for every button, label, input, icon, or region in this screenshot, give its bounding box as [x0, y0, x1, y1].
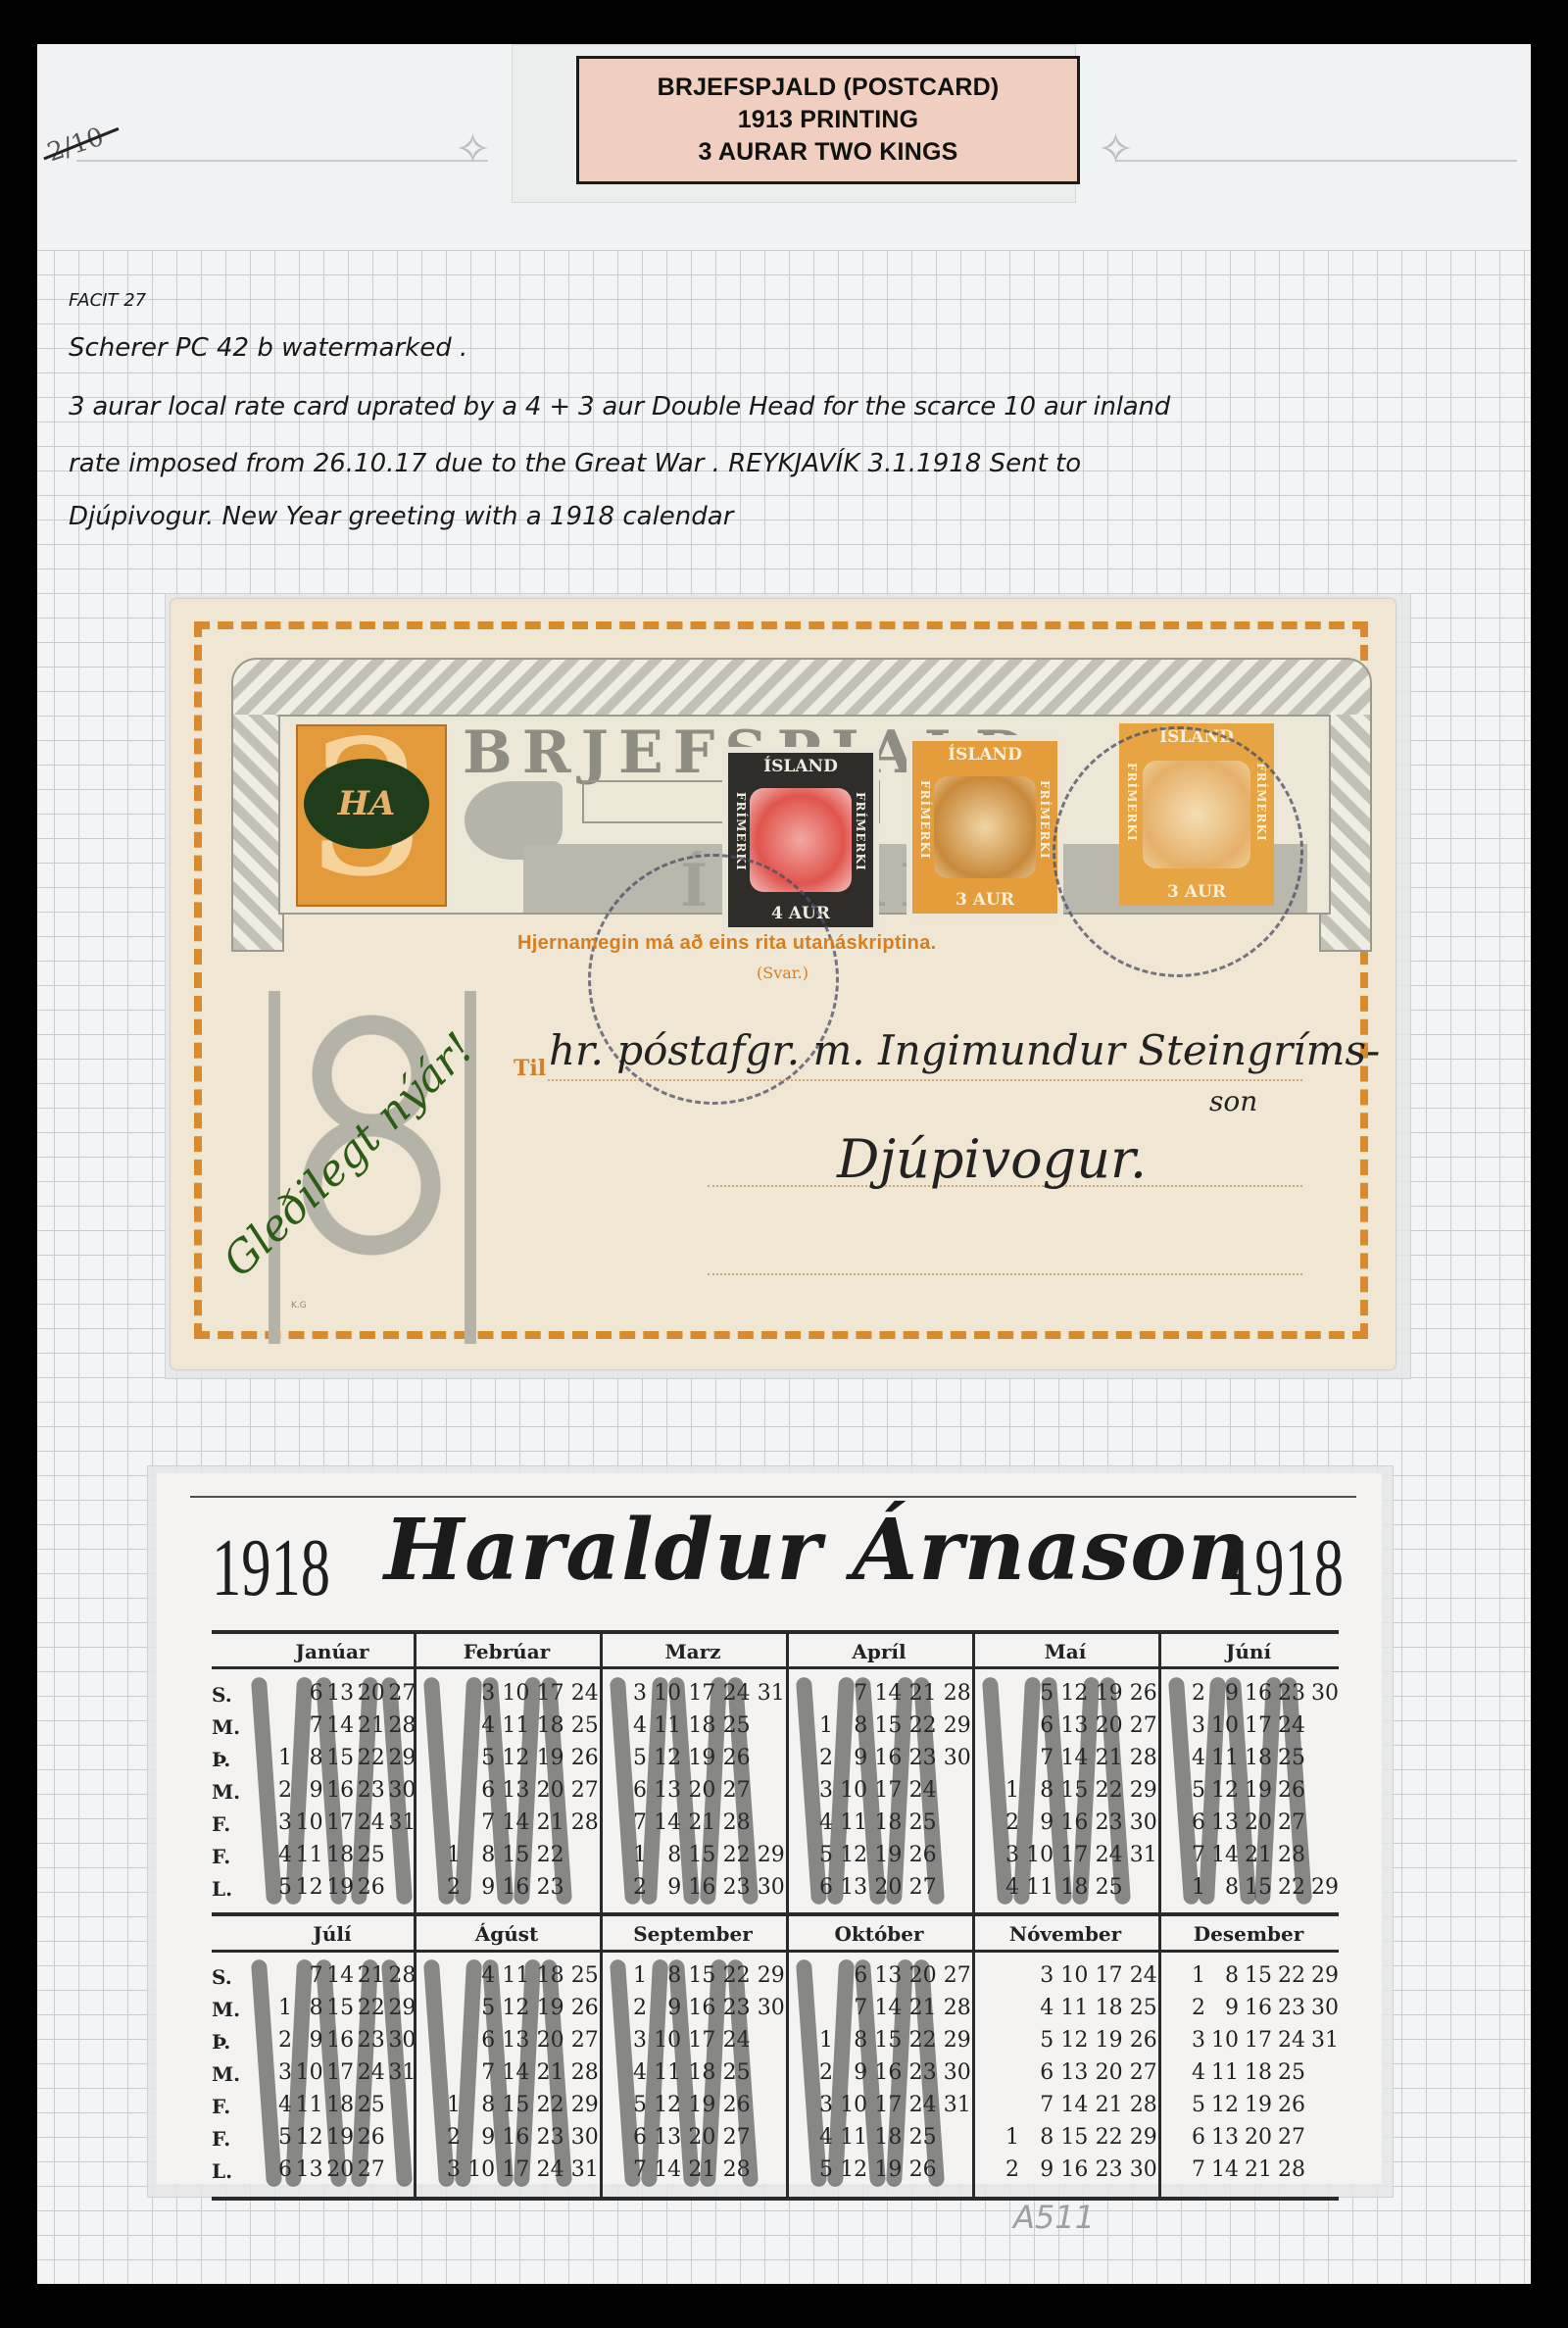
- day-number: 28: [1116, 2093, 1157, 2117]
- frame-top-band: [231, 658, 1372, 720]
- day-number: 26: [558, 1996, 599, 2020]
- month-júlí: Júlí714212818152229291623303101724314111…: [212, 1916, 414, 2197]
- day-number: 27: [1116, 1713, 1157, 1738]
- day-number: 31: [1298, 2028, 1339, 2053]
- day-row: 5121926: [212, 1875, 414, 1905]
- month-name: Febrúar: [414, 1640, 600, 1663]
- day-row: 310172431: [212, 2060, 414, 2090]
- month-name: Ágúst: [414, 1922, 600, 1946]
- day-number: 28: [930, 1681, 971, 1706]
- address-line-3: [708, 1273, 1302, 1275]
- day-number: 25: [1264, 2060, 1305, 2085]
- day-row: 29162330: [972, 2157, 1158, 2187]
- day-row: 4111825: [972, 1996, 1158, 2025]
- day-number: 30: [1298, 1681, 1339, 1706]
- year-right: 1918: [1225, 1520, 1344, 1615]
- month-apríl: Apríl71421281815222929162330310172441118…: [786, 1634, 972, 1912]
- note-line-5: Djúpivogur. New Year greeting with a 191…: [69, 502, 733, 531]
- day-number: 26: [1264, 2093, 1305, 2117]
- day-row: 3101724: [414, 1681, 600, 1710]
- title-label: BRJEFSPJALD (POSTCARD) 1913 PRINTING 3 A…: [576, 56, 1080, 184]
- calendar-top-rule: [190, 1496, 1356, 1498]
- day-number: 29: [930, 1713, 971, 1738]
- day-row: 4111825: [212, 1843, 414, 1872]
- month-name: Október: [786, 1922, 972, 1946]
- note-scherer: Scherer PC 42 b watermarked .: [69, 333, 467, 363]
- day-row: 29162330: [212, 1778, 414, 1808]
- weekday-label: S.: [212, 1683, 232, 1707]
- month-janúar: Janúar6132027714212818152229291623303101…: [212, 1634, 414, 1912]
- day-row: 6132027: [972, 2060, 1158, 2090]
- note-line-4: rate imposed from 26.10.17 due to the Gr…: [69, 449, 1081, 478]
- day-row: 5121926: [972, 1681, 1158, 1710]
- day-row: 18152229: [600, 1963, 786, 1993]
- day-number: 31: [744, 1681, 785, 1706]
- reply-label: (Svar.): [757, 964, 808, 982]
- weekday-label: F.: [212, 1845, 230, 1868]
- title-line-2: 1913 PRINTING: [738, 104, 919, 136]
- day-row: 29162330: [1158, 1996, 1339, 2025]
- day-number: 26: [1116, 1681, 1157, 1706]
- month-desember: Desember18152229291623303101724314111825…: [1158, 1916, 1339, 2197]
- title-line-3: 3 AURAR TWO KINGS: [699, 136, 958, 169]
- month-marz: Marz310172431411182551219266132027714212…: [600, 1634, 786, 1912]
- weekday-label: M.: [212, 1715, 240, 1739]
- ornament-right-icon: ✧: [1098, 124, 1134, 174]
- day-number: 27: [930, 1963, 971, 1988]
- day-row: 29162330: [212, 2028, 414, 2057]
- weekday-label: Þ.: [212, 1748, 230, 1771]
- weekday-label: F.: [212, 1812, 230, 1836]
- weekday-label: S.: [212, 1965, 232, 1989]
- month-september: September1815222929162330310172441118255…: [600, 1916, 786, 2197]
- month-name: Nóvember: [972, 1922, 1158, 1946]
- weekday-label: F.: [212, 2127, 230, 2151]
- postcard: 3 HA BRJEFSPJALD ÍSLAND ÍSLAND FRÍMERKI …: [171, 599, 1396, 1369]
- year-left: 1918: [212, 1520, 330, 1615]
- divider-right: [1115, 160, 1517, 162]
- day-number: 25: [558, 1963, 599, 1988]
- stamp-3-aur-adhesive: ÍSLAND FRÍMERKI FRÍMERKI 3 AUR: [906, 735, 1063, 919]
- month-ágúst: Ágúst41118255121926613202771421281815222…: [414, 1916, 600, 2197]
- day-number: 24: [558, 1681, 599, 1706]
- day-row: 4111825: [414, 1963, 600, 1993]
- day-number: 24: [1116, 1963, 1157, 1988]
- day-number: 30: [930, 1746, 971, 1770]
- day-row: 18152229: [1158, 1963, 1339, 1993]
- address-recipient: hr. póstafgr. m. Ingimundur Steingríms-: [549, 1026, 1380, 1074]
- weekday-label: M.: [212, 1998, 240, 2021]
- weekday-label: F.: [212, 2095, 230, 2118]
- two-kings-portrait-icon: [934, 776, 1036, 878]
- day-row: 4111825: [212, 2093, 414, 2122]
- day-number: 29: [930, 2028, 971, 2053]
- address-destination: Djúpivogur.: [837, 1128, 1147, 1190]
- calendar-half-1: Janúar6132027714212818152229291623303101…: [212, 1634, 1339, 1912]
- day-number: 29: [1298, 1963, 1339, 1988]
- instruction-text: Hjernamegin má að eins rita utanáskripti…: [517, 932, 936, 955]
- day-number: 30: [1116, 2157, 1157, 2182]
- month-febrúar: Febrúar310172441118255121926613202771421…: [414, 1634, 600, 1912]
- day-row: 310172431: [600, 1681, 786, 1710]
- day-row: 6132027: [212, 2157, 414, 2187]
- day-row: 310172431: [1158, 2028, 1339, 2057]
- day-number: 27: [1116, 2060, 1157, 2085]
- day-number: 27: [1264, 2125, 1305, 2150]
- month-name: September: [600, 1922, 786, 1946]
- month-name: Júlí: [251, 1922, 414, 1946]
- weekday-label: L.: [212, 2159, 232, 2183]
- day-row: 5121926: [212, 2125, 414, 2155]
- day-number: 26: [1116, 2028, 1157, 2053]
- ha-cancel-mark: HA: [304, 759, 429, 849]
- day-row: 18152229: [212, 1746, 414, 1775]
- month-name: Apríl: [786, 1640, 972, 1663]
- frame-left-band: [231, 715, 284, 952]
- day-row: 6132027: [1158, 2125, 1339, 2155]
- month-name: Maí: [972, 1640, 1158, 1663]
- note-line-3: 3 aurar local rate card uprated by a 4 +…: [69, 392, 1170, 421]
- month-name: Desember: [1158, 1922, 1339, 1946]
- day-row: 6132027: [786, 1963, 972, 1993]
- weekday-label: Þ.: [212, 2030, 230, 2054]
- ornament-left-icon: ✧: [455, 124, 491, 174]
- weekday-label: M.: [212, 1780, 240, 1804]
- calendar-rule: [212, 2197, 1339, 2201]
- day-number: 25: [558, 1713, 599, 1738]
- day-row: 7142128: [972, 2093, 1158, 2122]
- month-name: Janúar: [251, 1640, 414, 1663]
- title-line-1: BRJEFSPJALD (POSTCARD): [658, 72, 1000, 104]
- day-row: 5121926: [1158, 2093, 1339, 2122]
- day-row: 4111825: [1158, 2060, 1339, 2090]
- day-row: 5121926: [972, 2028, 1158, 2057]
- day-number: 27: [558, 2028, 599, 2053]
- month-maí: Maí5121926613202771421281815222929162330…: [972, 1634, 1158, 1912]
- month-name: Marz: [600, 1640, 786, 1663]
- weekday-label: M.: [212, 2062, 240, 2086]
- month-name: Júní: [1158, 1640, 1339, 1663]
- weekday-label: L.: [212, 1877, 232, 1901]
- day-number: 30: [744, 1996, 785, 2020]
- note-facit: FACIT 27: [69, 290, 146, 311]
- address-line-1: [548, 1079, 1302, 1081]
- reference-mark: A511: [1013, 2199, 1095, 2236]
- day-number: 25: [1116, 1996, 1157, 2020]
- artist-mark: K.G: [291, 1301, 307, 1311]
- day-row: 7142128: [1158, 2157, 1339, 2187]
- day-row: 3101724: [972, 1963, 1158, 1993]
- day-number: 28: [1264, 2157, 1305, 2182]
- day-number: 30: [1298, 1996, 1339, 2020]
- to-label: Til: [514, 1056, 546, 1081]
- month-nóvember: Nóvember31017244111825512192661320277142…: [972, 1916, 1158, 2197]
- day-number: 29: [744, 1963, 785, 1988]
- calendar-maker: Haraldur Árnason: [384, 1501, 1249, 1600]
- calendar-1918: 1918 Haraldur Árnason 1918 Janúar6132027…: [157, 1473, 1382, 2184]
- day-number: 28: [930, 1996, 971, 2020]
- day-row: 7142128: [786, 1681, 972, 1710]
- day-number: 28: [1116, 1746, 1157, 1770]
- address-recipient-cont: son: [1209, 1085, 1257, 1117]
- divider-left: [76, 160, 488, 162]
- calendar-half-2: Júlí714212818152229291623303101724314111…: [212, 1916, 1339, 2197]
- day-number: 29: [1116, 2125, 1157, 2150]
- postmark-second: [1053, 726, 1303, 977]
- month-júní: Júní291623303101724411182551219266132027…: [1158, 1634, 1339, 1912]
- month-október: Október613202771421281815222929162330310…: [786, 1916, 972, 2197]
- day-number: 26: [558, 1746, 599, 1770]
- day-row: 310172431: [212, 1810, 414, 1840]
- day-row: 18152229: [972, 2125, 1158, 2155]
